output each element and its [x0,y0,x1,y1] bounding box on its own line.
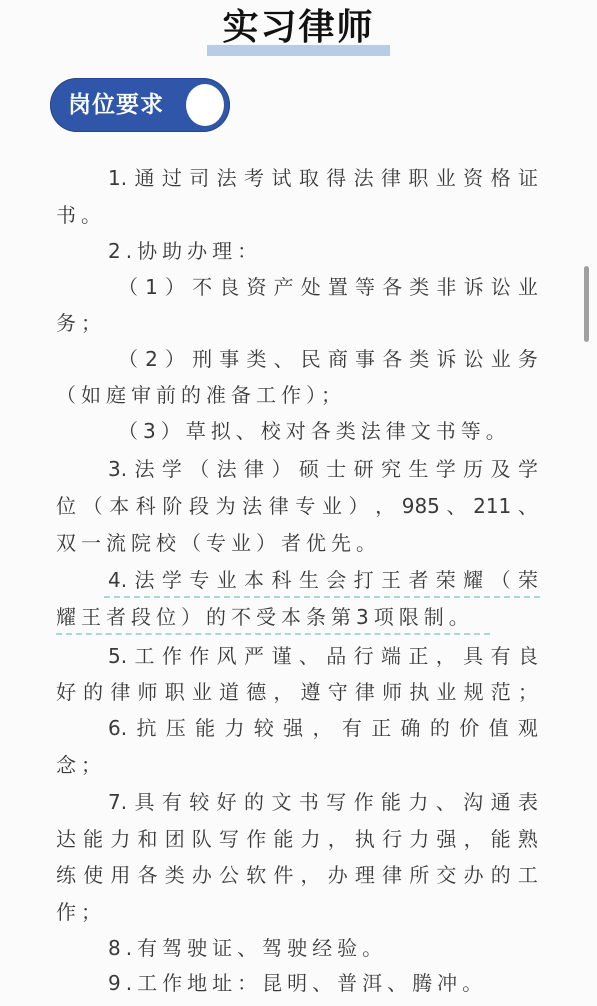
text-line: 练使用各类办公软件，办理律所交办的工 [56,860,538,890]
text-line: （1）不良资产处置等各类非诉讼业 [118,272,538,302]
dashed-underline [104,596,540,598]
text-line: 好的律师职业道德，遵守律师执业规范； [56,677,538,707]
text-line: 位（本科阶段为法律专业），985、211、 [56,491,538,521]
text-line: 8.有驾驶证、驾驶经验。 [108,933,388,963]
text-line: 书。 [56,200,116,230]
text-line: （2）刑事类、民商事各类诉讼业务 [118,344,538,374]
text-line: 作； [56,897,116,927]
section-header-pill: 岗位要求 [50,78,230,132]
text-line: 双一流院校（专业）者优先。 [56,528,386,558]
text-line: 5.工作作风严谨、品行端正，具有良 [108,641,538,671]
dashed-underline [56,633,490,635]
text-line: 1.通过司法考试取得法律职业资格证 [108,163,538,193]
text-line: （如庭审前的准备工作）； [56,380,356,410]
page-title: 实习律师 [0,4,597,52]
title-block: 实习律师 [0,4,597,56]
text-line: 4.法学专业本科生会打王者荣耀（荣 [108,565,538,595]
scrollbar[interactable] [584,266,589,342]
section-header-label: 岗位要求 [68,78,164,132]
text-line: 7.具有较好的文书写作能力、沟通表 [108,787,538,817]
text-line: （3）草拟、校对各类法律文书等。 [118,416,508,446]
text-line: 耀王者段位）的不受本条第3项限制。 [56,602,476,632]
text-line: 达能力和团队写作能力，执行力强，能熟 [56,824,538,854]
text-line: 9.工作地址：昆明、普洱、腾冲。 [108,968,488,998]
text-line: 3.法学（法律）硕士研究生学历及学 [108,454,538,484]
text-line: 务； [56,308,116,338]
text-line: 2.协助办理： [108,236,278,266]
text-line: 念； [56,750,116,780]
circle-knob-icon [186,84,224,126]
text-line: 6.抗压能力较强，有正确的价值观 [108,713,538,743]
